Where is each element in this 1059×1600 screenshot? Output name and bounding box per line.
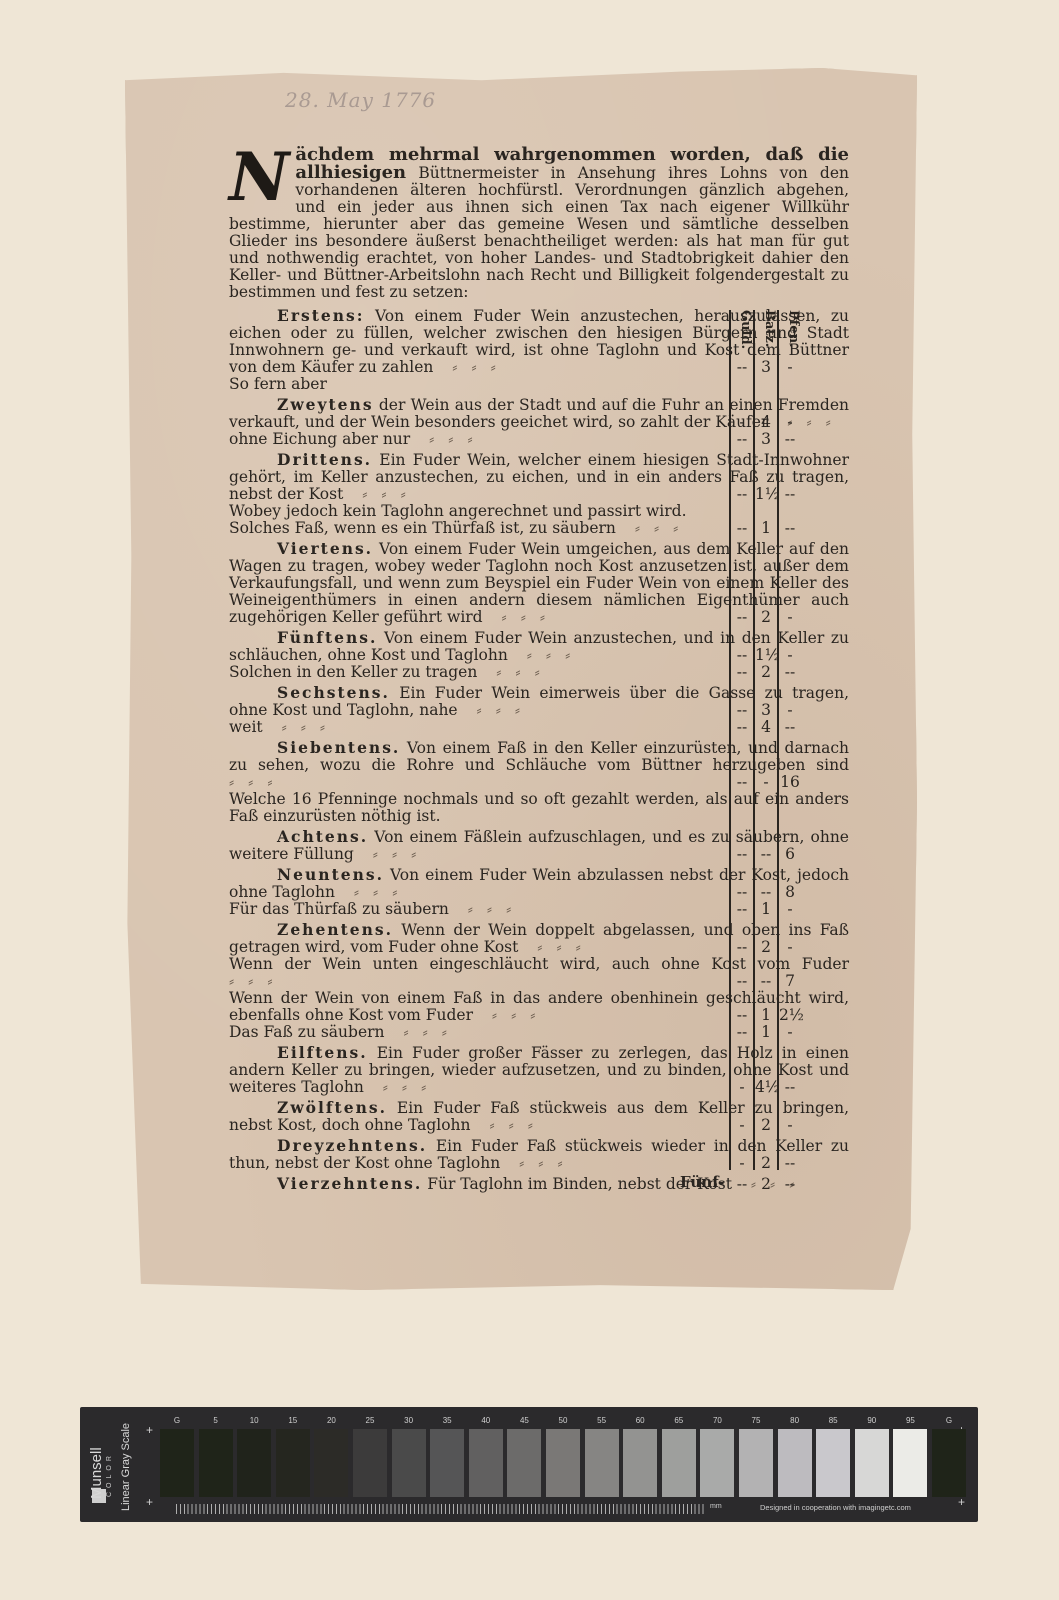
amount-guld: -- [731, 520, 753, 537]
amount-batz: -- [755, 973, 777, 990]
amount-batz: 2 [755, 939, 777, 956]
patch-label: 80 [778, 1416, 812, 1425]
gray-patch [546, 1429, 580, 1497]
leader-dots: ⸗⸗⸗ [471, 1116, 547, 1134]
amount-batz: 3 [755, 431, 777, 448]
tariff-entry: Zehentens. Wenn der Wein doppelt abgelas… [229, 921, 849, 956]
tariff-entry: Fünftens. Von einem Fuder Wein anzustech… [229, 629, 849, 664]
tariff-entry: Solchen in den Keller zu tragen ⸗⸗⸗--2-- [229, 664, 849, 681]
amount-row: --2- [731, 939, 803, 956]
patch-label: 50 [546, 1416, 580, 1425]
table-rule [777, 310, 779, 1170]
tariff-section: Eilftens. Ein Fuder großer Fässer zu zer… [229, 1044, 849, 1096]
leader-dots: ⸗⸗⸗ [477, 663, 553, 681]
amount-pfen: 8 [779, 884, 801, 901]
amount-row: --1- [731, 901, 803, 918]
leader-dots: ⸗⸗⸗ [335, 883, 411, 901]
tariff-entry: Drittens. Ein Fuder Wein, welcher einem … [229, 451, 849, 503]
amount-guld: - [731, 414, 753, 431]
amount-guld: -- [731, 939, 753, 956]
section-title: Drittens. [277, 450, 372, 469]
gray-patch [237, 1429, 271, 1497]
amount-pfen: - [779, 702, 801, 719]
amount-pfen: 2½ [779, 1007, 801, 1024]
tariff-entry: Dreyzehntens. Ein Fuder Faß stückweis wi… [229, 1137, 849, 1172]
handwritten-date: 28. May 1776 [285, 88, 436, 112]
tariff-entry: Siebentens. Von einem Faß in den Keller … [229, 739, 849, 791]
leader-dots: ⸗⸗⸗ [343, 485, 419, 503]
amount-guld: - [731, 1155, 753, 1172]
amount-batz: -- [755, 884, 777, 901]
amount-pfen: - [779, 359, 801, 376]
tariff-section: Zweytens der Wein aus der Stadt und auf … [229, 396, 849, 448]
amount-pfen: - [779, 1117, 801, 1134]
amount-batz: 3 [755, 702, 777, 719]
ruler-unit: mm [710, 1503, 722, 1510]
amount-batz: 2 [755, 1155, 777, 1172]
leader-dots: ⸗⸗⸗ [410, 430, 486, 448]
entry-text: Welche 16 Pfenninge nochmals und so oft … [229, 790, 849, 825]
tariff-section: Sechstens. Ein Fuder Wein eimerweis über… [229, 684, 849, 736]
patch-label: 60 [623, 1416, 657, 1425]
tariff-entry: ohne Eichung aber nur ⸗⸗⸗--3-- [229, 431, 849, 448]
entry-text: Wenn der Wein unten eingeschläucht wird,… [229, 955, 849, 973]
entry-text: Für das Thürfaß zu säubern [229, 900, 449, 918]
amount-guld: -- [731, 719, 753, 736]
patch-label: 40 [469, 1416, 503, 1425]
section-title: Neuntens. [277, 865, 384, 884]
gray-patch [276, 1429, 310, 1497]
gray-patch [469, 1429, 503, 1497]
tariff-entry: Das Faß zu säubern ⸗⸗⸗--1- [229, 1024, 849, 1041]
column-header-gulden: Guld. [733, 310, 753, 358]
amount-pfen: -- [779, 664, 801, 681]
brand-name: Munsell [88, 1447, 105, 1499]
amount-row: --2-- [731, 1176, 803, 1193]
section-title: Achtens. [277, 827, 368, 846]
amount-guld: -- [731, 486, 753, 503]
leader-dots: ⸗⸗⸗ [518, 938, 594, 956]
amount-batz: 1 [755, 901, 777, 918]
dropcap-letter: N [229, 146, 289, 208]
tariff-section: Fünftens. Von einem Fuder Wein anzustech… [229, 629, 849, 681]
gray-patch [199, 1429, 233, 1497]
patch-label: 15 [276, 1416, 310, 1425]
entry-text: ohne Eichung aber nur [229, 430, 410, 448]
amount-pfen: - [779, 939, 801, 956]
patch-label: 85 [816, 1416, 850, 1425]
amount-pfen: - [779, 1024, 801, 1041]
gray-patch [160, 1429, 194, 1497]
amount-pfen: -- [779, 719, 801, 736]
gray-patch [855, 1429, 889, 1497]
tariff-entry: Achtens. Von einem Fäßlein aufzuschlagen… [229, 828, 849, 863]
entry-text: Solchen in den Keller zu tragen [229, 663, 477, 681]
brand-subtitle: COLOR [106, 1452, 113, 1497]
patch-label: 95 [893, 1416, 927, 1425]
patch-label: 90 [855, 1416, 889, 1425]
amount-row: -2- [731, 1117, 803, 1134]
amount-batz: 1 [755, 1007, 777, 1024]
tariff-entry: Wenn der Wein von einem Faß in das ander… [229, 990, 849, 1024]
amount-pfen: 16 [779, 774, 801, 791]
leader-dots: ⸗⸗⸗ [433, 358, 509, 376]
leader-dots: ⸗⸗⸗ [385, 1023, 461, 1041]
patch-label: 5 [199, 1416, 233, 1425]
amount-row: ----6 [731, 846, 803, 863]
amount-guld: -- [731, 664, 753, 681]
table-rule [729, 310, 731, 1170]
gray-patch [314, 1429, 348, 1497]
amount-batz: 1 [755, 1024, 777, 1041]
amount-row: ----7 [731, 973, 803, 990]
amount-row: --2-- [731, 664, 803, 681]
entry-text: Solches Faß, wenn es ein Thürfaß ist, zu… [229, 519, 616, 537]
registration-mark-icon: + [146, 1423, 153, 1437]
amount-guld: -- [731, 1024, 753, 1041]
gray-patch [778, 1429, 812, 1497]
amount-guld: -- [731, 774, 753, 791]
mm-ruler [176, 1504, 706, 1514]
amount-batz: 1½ [755, 486, 777, 503]
amount-batz: 3 [755, 359, 777, 376]
tariff-section: Achtens. Von einem Fäßlein aufzuschlagen… [229, 828, 849, 863]
amount-pfen: -- [779, 1176, 801, 1193]
amount-row: --1-- [731, 520, 803, 537]
section-title: Zehentens. [277, 920, 393, 939]
amount-guld: -- [731, 359, 753, 376]
gray-patch [662, 1429, 696, 1497]
leader-dots: ⸗⸗⸗ [473, 1006, 549, 1024]
amount-pfen: - [779, 414, 801, 431]
section-title: Eilftens. [277, 1043, 368, 1062]
leader-dots: ⸗⸗⸗ [263, 718, 339, 736]
registration-mark-icon: + [958, 1495, 965, 1509]
amount-row: --2- [731, 609, 803, 626]
document-sheet: 28. May 1776 N ächdem mehrmal wahrgenomm… [125, 68, 917, 1290]
entry-text: Das Faß zu säubern [229, 1023, 385, 1041]
table-rule [753, 310, 755, 1170]
amount-row: --3- [731, 702, 803, 719]
tariff-entry: Für das Thürfaß zu säubern ⸗⸗⸗--1- [229, 901, 849, 918]
amount-row: --1½-- [731, 486, 803, 503]
amount-row: -4½-- [731, 1079, 803, 1096]
tariff-entry: Zwölftens. Ein Fuder Faß stückweis aus d… [229, 1099, 849, 1134]
patch-label: 45 [507, 1416, 541, 1425]
section-title: Dreyzehntens. [277, 1136, 427, 1155]
amount-pfen: -- [779, 486, 801, 503]
amount-guld: -- [731, 609, 753, 626]
column-header-batzen: Batz. [757, 310, 777, 358]
leader-dots: ⸗⸗⸗ [354, 845, 430, 863]
leader-dots: ⸗⸗⸗ [500, 1154, 576, 1172]
section-title: Erstens: [277, 306, 364, 325]
section-title: Zwölftens. [277, 1098, 387, 1117]
amount-batz: 2 [755, 1117, 777, 1134]
intro-paragraph: N ächdem mehrmal wahrgenommen worden, da… [229, 146, 849, 301]
tariff-entry: Solches Faß, wenn es ein Thürfaß ist, zu… [229, 520, 849, 537]
amount-row: --12½ [731, 1007, 803, 1024]
patch-label: 70 [700, 1416, 734, 1425]
amount-pfen: -- [779, 431, 801, 448]
section-title: Vierzehntens. [277, 1174, 422, 1193]
gray-patch [392, 1429, 426, 1497]
tariff-entry: Eilftens. Ein Fuder großer Fässer zu zer… [229, 1044, 849, 1096]
scale-name: Linear Gray Scale [120, 1423, 132, 1511]
amount-guld: -- [731, 973, 753, 990]
patch-label: 25 [353, 1416, 387, 1425]
amount-batz: 2 [755, 609, 777, 626]
tariff-entry: So fern aber [229, 376, 849, 393]
patch-label: 55 [585, 1416, 619, 1425]
amount-batz: -- [755, 846, 777, 863]
amount-guld: -- [731, 647, 753, 664]
amount-batz: 4½ [755, 1079, 777, 1096]
amount-guld: -- [731, 884, 753, 901]
amount-row: --3- [731, 359, 803, 376]
tariff-section: Dreyzehntens. Ein Fuder Faß stückweis wi… [229, 1137, 849, 1172]
amount-row: --3-- [731, 431, 803, 448]
entry-text: weit [229, 718, 263, 736]
ordinance-text: N ächdem mehrmal wahrgenommen worden, da… [229, 146, 849, 1193]
gray-patch [353, 1429, 387, 1497]
gray-patch [816, 1429, 850, 1497]
amount-guld: -- [731, 901, 753, 918]
tariff-entry: Zweytens der Wein aus der Stadt und auf … [229, 396, 849, 431]
entry-text: So fern aber [229, 375, 327, 393]
amount-pfen: -- [779, 1155, 801, 1172]
amount-batz: - [755, 774, 777, 791]
tariff-entry: Vierzehntens. Für Taglohn im Binden, neb… [229, 1175, 849, 1193]
amount-pfen: - [779, 901, 801, 918]
amount-batz: 2 [755, 1176, 777, 1193]
tariff-section: Siebentens. Von einem Faß in den Keller … [229, 739, 849, 825]
amount-guld: - [731, 1117, 753, 1134]
tariff-sections: Erstens: Von einem Fuder Wein anzusteche… [229, 307, 849, 1193]
gray-patch [932, 1429, 966, 1497]
card-credit: Designed in cooperation with imagingetc.… [760, 1503, 911, 1512]
patch-label: 75 [739, 1416, 773, 1425]
amount-pfen: 6 [779, 846, 801, 863]
amount-batz: 1 [755, 520, 777, 537]
amount-batz: 4 [755, 719, 777, 736]
section-title: Viertens. [277, 539, 373, 558]
amount-row: --4-- [731, 719, 803, 736]
amount-pfen: - [779, 647, 801, 664]
amount-row: --1½- [731, 647, 803, 664]
gray-patch [507, 1429, 541, 1497]
leader-dots: ⸗⸗⸗ [483, 608, 559, 626]
tariff-entry: Sechstens. Ein Fuder Wein eimerweis über… [229, 684, 849, 719]
tariff-entry: weit ⸗⸗⸗--4-- [229, 719, 849, 736]
patch-label: 20 [314, 1416, 348, 1425]
patch-label: G [932, 1416, 966, 1425]
tariff-entry: Wobey jedoch kein Taglohn angerechnet un… [229, 503, 849, 520]
amount-pfen: -- [779, 520, 801, 537]
amount-batz: 4 [755, 414, 777, 431]
amount-row: --1- [731, 1024, 803, 1041]
section-title: Zweytens [277, 395, 374, 414]
gray-patch [739, 1429, 773, 1497]
amount-guld: -- [731, 1007, 753, 1024]
catchword: Fünf- [680, 1173, 724, 1191]
amount-row: -2-- [731, 1155, 803, 1172]
amount-guld: -- [731, 1176, 753, 1193]
gray-patch [430, 1429, 464, 1497]
amount-guld: -- [731, 702, 753, 719]
patch-label: G [160, 1416, 194, 1425]
leader-dots: ⸗⸗⸗ [364, 1078, 440, 1096]
amount-pfen: 7 [779, 973, 801, 990]
amount-row: ----8 [731, 884, 803, 901]
gray-patch [623, 1429, 657, 1497]
gray-patch [700, 1429, 734, 1497]
munsell-gray-scale-card: Munsell COLOR Linear Gray Scale + + + + … [80, 1407, 978, 1522]
section-title: Fünftens. [277, 628, 377, 647]
tariff-entry: Neuntens. Von einem Fuder Wein abzulasse… [229, 866, 849, 901]
amount-row: ---16 [731, 774, 803, 791]
leader-dots: ⸗⸗⸗ [458, 701, 534, 719]
amount-row: -4- [731, 414, 803, 431]
registration-mark-icon: + [146, 1495, 153, 1509]
column-headers: Guld. Batz. Pfen. [731, 310, 797, 358]
tariff-entry: Viertens. Von einem Fuder Wein umgeichen… [229, 540, 849, 626]
leader-dots: ⸗⸗⸗ [229, 773, 287, 791]
amount-pfen: - [779, 609, 801, 626]
tariff-section: Viertens. Von einem Fuder Wein umgeichen… [229, 540, 849, 626]
patch-label: 10 [237, 1416, 271, 1425]
section-title: Siebentens. [277, 738, 400, 757]
tariff-section: Drittens. Ein Fuder Wein, welcher einem … [229, 451, 849, 537]
intro-body: Büttnermeister in Ansehung ihres Lohns v… [229, 164, 849, 301]
amount-pfen: -- [779, 1079, 801, 1096]
leader-dots: ⸗⸗⸗ [616, 519, 692, 537]
tariff-section: Vierzehntens. Für Taglohn im Binden, neb… [229, 1175, 849, 1193]
tariff-section: Zwölftens. Ein Fuder Faß stückweis aus d… [229, 1099, 849, 1134]
entry-text: Wobey jedoch kein Taglohn angerechnet un… [229, 502, 687, 520]
patch-label: 35 [430, 1416, 464, 1425]
leader-dots: ⸗⸗⸗ [229, 972, 287, 990]
amount-guld: -- [731, 846, 753, 863]
amount-batz: 1½ [755, 647, 777, 664]
leader-dots: ⸗⸗⸗ [449, 900, 525, 918]
patch-label: 30 [392, 1416, 426, 1425]
gray-patch [893, 1429, 927, 1497]
section-title: Sechstens. [277, 683, 390, 702]
tariff-entry: Wenn der Wein unten eingeschläucht wird,… [229, 956, 849, 990]
amount-guld: -- [731, 431, 753, 448]
gray-patch [585, 1429, 619, 1497]
amount-batz: 2 [755, 664, 777, 681]
amount-guld: - [731, 1079, 753, 1096]
tariff-section: Neuntens. Von einem Fuder Wein abzulasse… [229, 866, 849, 918]
leader-dots: ⸗⸗⸗ [508, 646, 584, 664]
tariff-section: Zehentens. Wenn der Wein doppelt abgelas… [229, 921, 849, 1041]
patch-label: 65 [662, 1416, 696, 1425]
column-header-pfennig: Pfen. [781, 310, 801, 358]
tariff-entry: Welche 16 Pfenninge nochmals und so oft … [229, 791, 849, 825]
